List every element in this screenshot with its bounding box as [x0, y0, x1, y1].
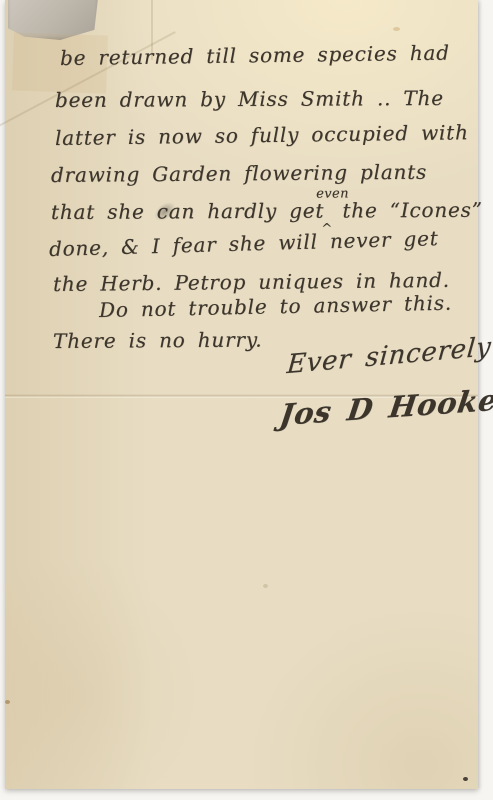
handwritten-line-5: that she can hardly geteven^ the “Icones… [51, 198, 483, 224]
handwritten-line-3: latter is now so fully occupied with [55, 120, 469, 150]
letter-closing: Ever sincerely [286, 332, 493, 380]
dirt-speck [393, 27, 400, 31]
author-signature: Jos D Hooker. [278, 381, 493, 432]
handwritten-line-9: There is no hurry. [53, 328, 263, 353]
line-5-text-after: the “Icones” [342, 198, 482, 223]
handwritten-line-6: done, & I fear she will never get [49, 226, 439, 261]
scanned-letter-page: be returned till some species had been d… [0, 0, 493, 800]
handwritten-line-4: drawing Garden flowering plants [51, 160, 427, 187]
handwritten-line-1: be returned till some species had [60, 41, 450, 70]
dirt-speck [5, 700, 10, 704]
inserted-word: even [316, 186, 349, 201]
handwritten-line-2: been drawn by Miss Smith .. The [55, 86, 444, 112]
dirt-speck [463, 777, 468, 781]
handwritten-line-8: Do not trouble to answer this. [99, 291, 452, 322]
letter-paper: be returned till some species had been d… [5, 0, 478, 789]
dirt-speck [263, 584, 268, 588]
line-5-text-before: that she can hardly get [51, 199, 324, 224]
interlinear-insertion: even^ [324, 217, 330, 218]
